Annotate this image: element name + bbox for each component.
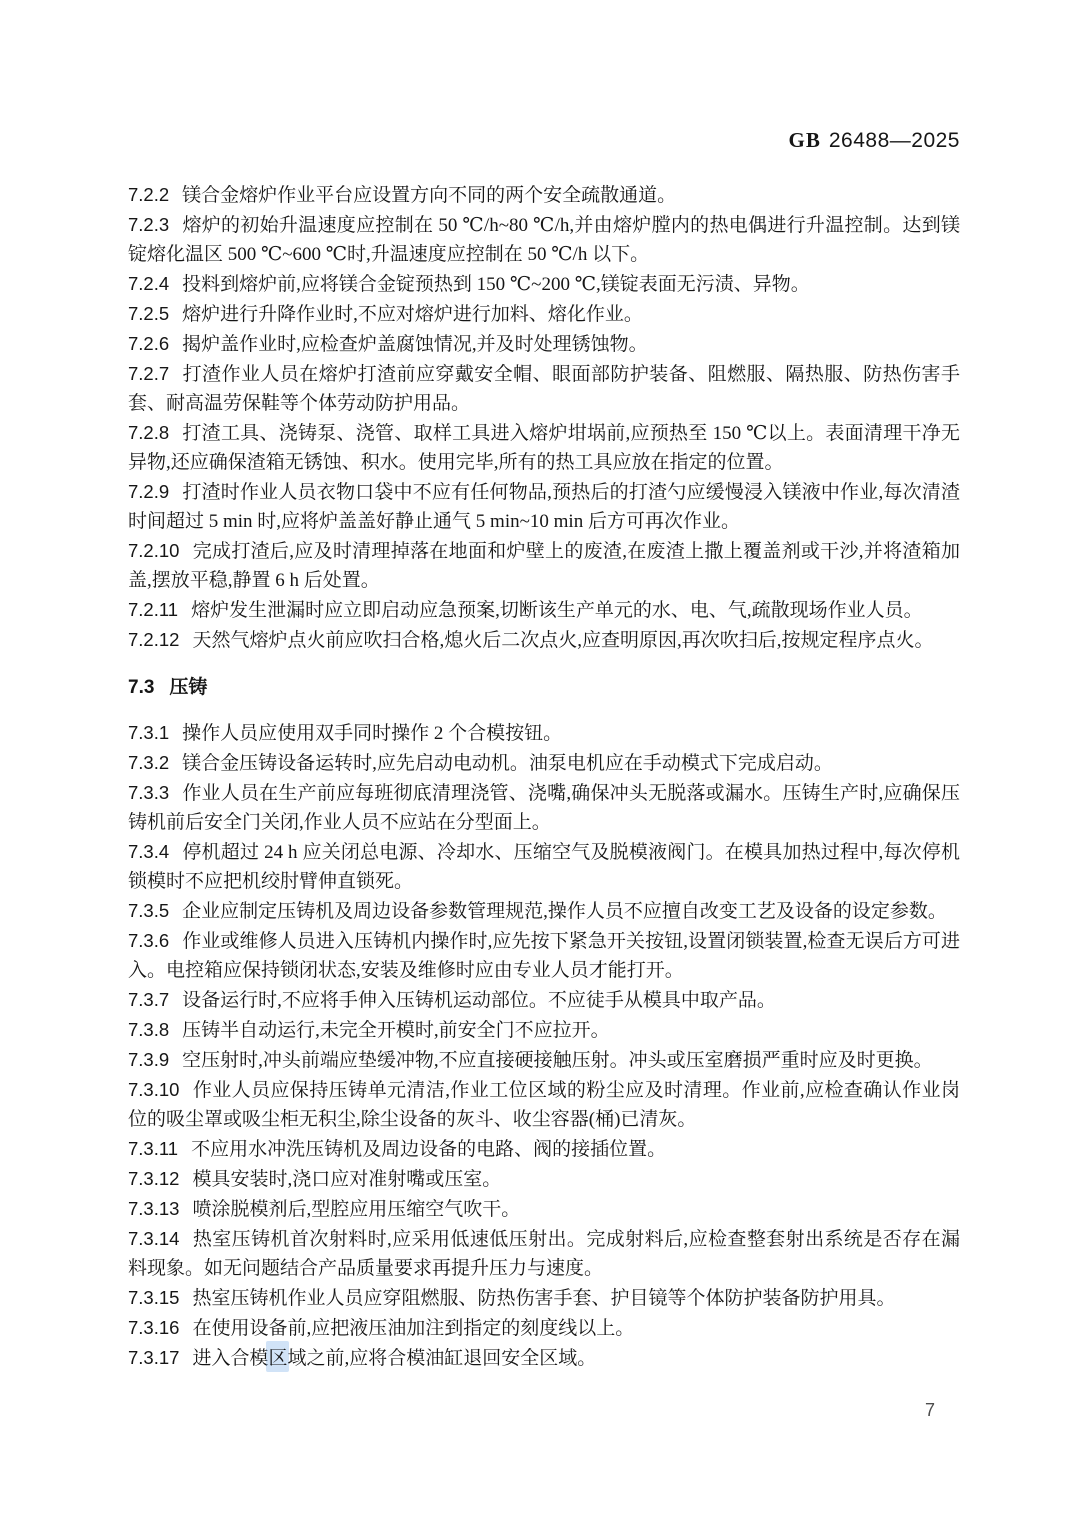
clause-text: 在使用设备前,应把液压油加注到指定的刻度线以上。: [192, 1318, 634, 1339]
clause-number: 7.3.15: [128, 1287, 179, 1308]
standard-number: 26488—2025: [829, 129, 960, 152]
clause-7-3-10: 7.3.10作业人员应保持压铸单元清洁,作业工位区域的粉尘应及时清理。作业前,应…: [128, 1075, 960, 1134]
clause-number: 7.2.3: [128, 214, 169, 235]
clause-number: 7.3.12: [128, 1168, 179, 1189]
clause-text: 企业应制定压铸机及周边设备参数管理规范,操作人员不应擅自改变工艺及设备的设定参数…: [182, 901, 947, 922]
clause-number: 7.3.11: [128, 1138, 178, 1159]
clause-7-3-3: 7.3.3作业人员在生产前应每班彻底清理浇管、浇嘴,确保冲头无脱落或漏水。压铸生…: [128, 778, 960, 837]
clause-text: 作业人员应保持压铸单元清洁,作业工位区域的粉尘应及时清理。作业前,应检查确认作业…: [128, 1080, 960, 1130]
clause-number: 7.2.7: [128, 363, 169, 384]
clause-number: 7.3.1: [128, 722, 169, 743]
clause-text: 投料到熔炉前,应将镁合金锭预热到 150 ℃~200 ℃,镁锭表面无污渍、异物。: [182, 274, 810, 295]
clause-7-2-6: 7.2.6揭炉盖作业时,应检查炉盖腐蚀情况,并及时处理锈蚀物。: [128, 329, 960, 359]
document-header: GB26488—2025: [128, 0, 960, 155]
text-selection-highlight: 区: [266, 1341, 289, 1372]
clause-7-2-8: 7.2.8打渣工具、浇铸泵、浇管、取样工具进入熔炉坩埚前,应预热至 150 ℃以…: [128, 418, 960, 477]
clause-number: 7.3.4: [128, 841, 169, 862]
clause-7-2-3: 7.2.3熔炉的初始升温速度应控制在 50 ℃/h~80 ℃/h,并由熔炉膛内的…: [128, 210, 960, 269]
clause-text: 设备运行时,不应将手伸入压铸机运动部位。不应徒手从模具中取产品。: [182, 990, 776, 1011]
clause-7-2-12: 7.2.12天然气熔炉点火前应吹扫合格,熄火后二次点火,应查明原因,再次吹扫后,…: [128, 625, 960, 655]
clause-text: 熔炉发生泄漏时应立即启动应急预案,切断该生产单元的水、电、气,疏散现场作业人员。: [191, 600, 923, 621]
clause-7-3-9: 7.3.9空压射时,冲头前端应垫缓冲物,不应直接硬接触压射。冲头或压室磨损严重时…: [128, 1045, 960, 1075]
section-title: 压铸: [169, 677, 207, 698]
clause-number: 7.2.11: [128, 599, 178, 620]
clause-text: 模具安装时,浇口应对准射嘴或压室。: [192, 1169, 501, 1190]
clause-number: 7.2.8: [128, 422, 169, 443]
page-number: 7: [0, 1400, 1080, 1421]
clause-number: 7.3.3: [128, 782, 169, 803]
clause-text: 揭炉盖作业时,应检查炉盖腐蚀情况,并及时处理锈蚀物。: [182, 334, 648, 355]
clause-number: 7.2.9: [128, 481, 169, 502]
clause-number: 7.2.6: [128, 333, 169, 354]
clause-number: 7.2.2: [128, 184, 169, 205]
clause-7-3-4: 7.3.4停机超过 24 h 应关闭总电源、冷却水、压缩空气及脱模液阀门。在模具…: [128, 837, 960, 896]
standard-prefix: GB: [789, 128, 821, 152]
clause-7-2-2: 7.2.2镁合金熔炉作业平台应设置方向不同的两个安全疏散通道。: [128, 180, 960, 210]
clause-number: 7.2.12: [128, 629, 179, 650]
clause-text: 打渣工具、浇铸泵、浇管、取样工具进入熔炉坩埚前,应预热至 150 ℃以上。表面清…: [128, 423, 960, 473]
section-number: 7.3: [128, 677, 154, 698]
clause-number: 7.2.5: [128, 303, 169, 324]
clause-text: 作业或维修人员进入压铸机内操作时,应先按下紧急开关按钮,设置闭锁装置,检查无误后…: [128, 931, 960, 981]
clause-text: 打渣时作业人员衣物口袋中不应有任何物品,预热后的打渣勺应缓慢浸入镁液中作业,每次…: [128, 482, 960, 532]
clause-number: 7.3.5: [128, 900, 169, 921]
clause-number: 7.3.14: [128, 1228, 179, 1249]
clause-number: 7.3.16: [128, 1317, 179, 1338]
clause-text: 镁合金熔炉作业平台应设置方向不同的两个安全疏散通道。: [182, 185, 676, 206]
clause-text: 空压射时,冲头前端应垫缓冲物,不应直接硬接触压射。冲头或压室磨损严重时应及时更换…: [182, 1050, 933, 1071]
clause-text: 停机超过 24 h 应关闭总电源、冷却水、压缩空气及脱模液阀门。在模具加热过程中…: [128, 842, 960, 892]
clause-text: 压铸半自动运行,未完全开模时,前安全门不应拉开。: [182, 1020, 610, 1041]
clause-text: 熔炉的初始升温速度应控制在 50 ℃/h~80 ℃/h,并由熔炉膛内的热电偶进行…: [128, 215, 960, 265]
clause-7-3-16: 7.3.16在使用设备前,应把液压油加注到指定的刻度线以上。: [128, 1313, 960, 1343]
clause-7-3-2: 7.3.2镁合金压铸设备运转时,应先启动电动机。油泵电机应在手动模式下完成启动。: [128, 748, 960, 778]
clause-text: 喷涂脱模剂后,型腔应用压缩空气吹干。: [192, 1199, 520, 1220]
clause-number: 7.3.13: [128, 1198, 179, 1219]
clause-7-2-7: 7.2.7打渣作业人员在熔炉打渣前应穿戴安全帽、眼面部防护装备、阻燃服、隔热服、…: [128, 359, 960, 418]
clause-7-3-13: 7.3.13喷涂脱模剂后,型腔应用压缩空气吹干。: [128, 1194, 960, 1224]
clause-7-3-12: 7.3.12模具安装时,浇口应对准射嘴或压室。: [128, 1164, 960, 1194]
clause-text: 不应用水冲洗压铸机及周边设备的电路、阀的接插位置。: [191, 1139, 666, 1160]
clause-7-3-5: 7.3.5企业应制定压铸机及周边设备参数管理规范,操作人员不应擅自改变工艺及设备…: [128, 896, 960, 926]
clause-7-2-5: 7.2.5熔炉进行升降作业时,不应对熔炉进行加料、熔化作业。: [128, 299, 960, 329]
clause-7-3-6: 7.3.6作业或维修人员进入压铸机内操作时,应先按下紧急开关按钮,设置闭锁装置,…: [128, 926, 960, 985]
clause-text: 热室压铸机首次射料时,应采用低速低压射出。完成射料后,应检查整套射出系统是否存在…: [128, 1229, 960, 1279]
clause-text: 熔炉进行升降作业时,不应对熔炉进行加料、熔化作业。: [182, 304, 643, 325]
clause-text: 天然气熔炉点火前应吹扫合格,熄火后二次点火,应查明原因,再次吹扫后,按规定程序点…: [192, 630, 933, 651]
clause-text: 操作人员应使用双手同时操作 2 个合模按钮。: [182, 723, 562, 744]
clause-text: 作业人员在生产前应每班彻底清理浇管、浇嘴,确保冲头无脱落或漏水。压铸生产时,应确…: [128, 783, 960, 833]
clause-7-3-17: 7.3.17进入合模区域之前,应将合模油缸退回安全区域。: [128, 1343, 960, 1373]
section-heading-7-3: 7.3压铸: [128, 673, 960, 702]
clause-number: 7.3.17: [128, 1347, 179, 1368]
document-page: GB26488—2025 7.2.2镁合金熔炉作业平台应设置方向不同的两个安全疏…: [128, 0, 960, 1527]
clause-7-3-14: 7.3.14热室压铸机首次射料时,应采用低速低压射出。完成射料后,应检查整套射出…: [128, 1224, 960, 1283]
clause-number: 7.3.10: [128, 1079, 179, 1100]
clause-number: 7.2.10: [128, 540, 179, 561]
clause-number: 7.3.9: [128, 1049, 169, 1070]
clause-text: 完成打渣后,应及时清理掉落在地面和炉壁上的废渣,在废渣上撒上覆盖剂或干沙,并将渣…: [128, 541, 960, 591]
clause-text: 进入合模区域之前,应将合模油缸退回安全区域。: [192, 1348, 596, 1369]
clause-number: 7.3.2: [128, 752, 169, 773]
clause-7-3-7: 7.3.7设备运行时,不应将手伸入压铸机运动部位。不应徒手从模具中取产品。: [128, 985, 960, 1015]
clause-7-2-9: 7.2.9打渣时作业人员衣物口袋中不应有任何物品,预热后的打渣勺应缓慢浸入镁液中…: [128, 477, 960, 536]
clause-text: 镁合金压铸设备运转时,应先启动电动机。油泵电机应在手动模式下完成启动。: [182, 753, 833, 774]
clause-number: 7.3.6: [128, 930, 169, 951]
clause-7-2-10: 7.2.10完成打渣后,应及时清理掉落在地面和炉壁上的废渣,在废渣上撒上覆盖剂或…: [128, 536, 960, 595]
clause-7-3-8: 7.3.8压铸半自动运行,未完全开模时,前安全门不应拉开。: [128, 1015, 960, 1045]
clause-7-3-15: 7.3.15热室压铸机作业人员应穿阻燃服、防热伤害手套、护目镜等个体防护装备防护…: [128, 1283, 960, 1313]
clause-text: 热室压铸机作业人员应穿阻燃服、防热伤害手套、护目镜等个体防护装备防护用具。: [192, 1288, 895, 1309]
clause-number: 7.2.4: [128, 273, 169, 294]
clause-7-2-4: 7.2.4投料到熔炉前,应将镁合金锭预热到 150 ℃~200 ℃,镁锭表面无污…: [128, 269, 960, 299]
clause-7-3-1: 7.3.1操作人员应使用双手同时操作 2 个合模按钮。: [128, 718, 960, 748]
clause-number: 7.3.7: [128, 989, 169, 1010]
clause-7-2-11: 7.2.11熔炉发生泄漏时应立即启动应急预案,切断该生产单元的水、电、气,疏散现…: [128, 595, 960, 625]
clause-7-3-11: 7.3.11不应用水冲洗压铸机及周边设备的电路、阀的接插位置。: [128, 1134, 960, 1164]
clause-text: 打渣作业人员在熔炉打渣前应穿戴安全帽、眼面部防护装备、阻燃服、隔热服、防热伤害手…: [128, 364, 960, 414]
clause-number: 7.3.8: [128, 1019, 169, 1040]
